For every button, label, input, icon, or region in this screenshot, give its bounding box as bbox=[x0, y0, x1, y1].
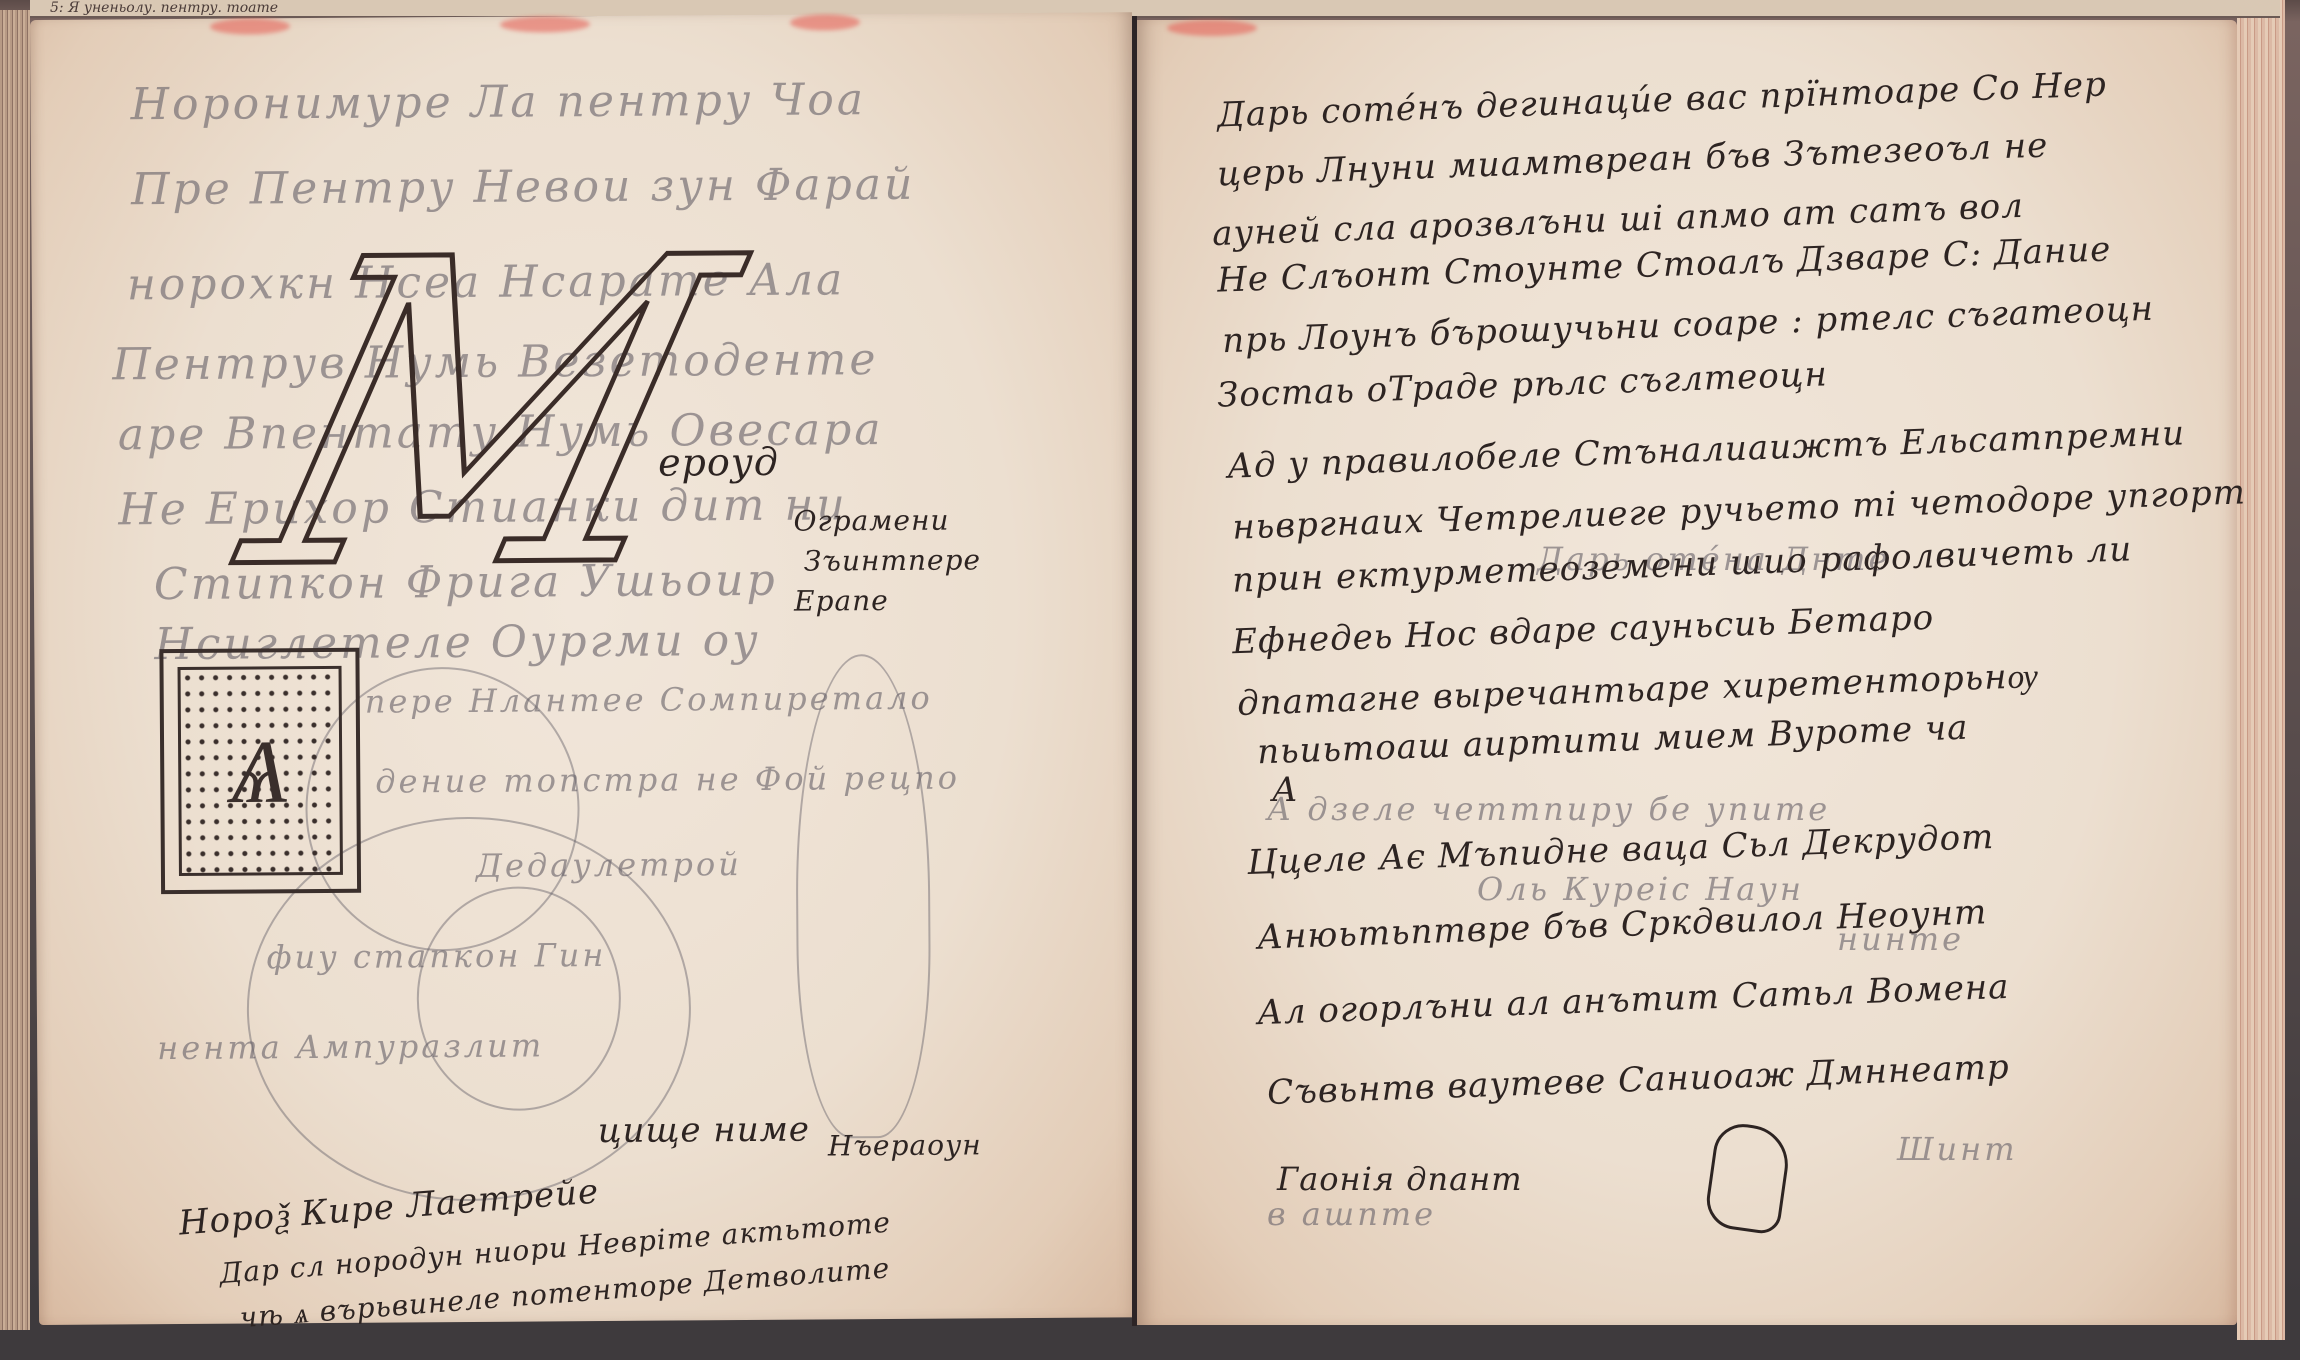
ink-line: прь Лоунъ бърошучьни соаре : ртелс съгат… bbox=[1222, 289, 2155, 362]
pencil-note: А дзеле четтпиру бе упите bbox=[1267, 790, 1830, 828]
left-page-edges bbox=[0, 10, 30, 1330]
top-page-strip: 5: Я уненьолу. пентру. тоате bbox=[30, 0, 2280, 18]
ink-line: Нъераоун bbox=[828, 1128, 982, 1162]
ink-line: церь Лнуни миамтвреан бъв Зътезеоъл не bbox=[1217, 126, 2049, 195]
right-page: Дарь оте́на Днте Оль Куреіс Наун А дзеле… bbox=[1137, 20, 2237, 1325]
red-stain bbox=[500, 16, 590, 33]
pencil-scribble bbox=[794, 654, 931, 1139]
ink-line: А bbox=[1272, 770, 1299, 810]
pencil-scribble bbox=[416, 886, 622, 1111]
initial-caption: ероуд bbox=[658, 440, 779, 485]
book-spread: 5: Я уненьолу. пентру. тоате Норонимуре … bbox=[0, 0, 2300, 1360]
right-page-edges bbox=[2237, 0, 2285, 1340]
ink-note: Зъинтпере bbox=[804, 543, 981, 577]
ink-line: Ал огорлъни ал анътит Сатьл Вомена bbox=[1257, 967, 2011, 1033]
ink-line: Съвьнтв ваутеве Саниоаж Дмннеатр bbox=[1267, 1047, 2011, 1113]
ink-line: Дарь соте́нъ дегинаци́е вас прїнтоаре Со… bbox=[1217, 64, 2108, 135]
ink-note: Ограмени bbox=[793, 504, 949, 538]
ink-line: Ад у правилобеле Стъналиаижтъ Ельсатпрем… bbox=[1227, 413, 2186, 486]
red-stain bbox=[790, 14, 860, 30]
signature: Гаонія дпант bbox=[1277, 1160, 1523, 1198]
left-page: Норонимуре Ла пентру Чоа Пре Пентру Нево… bbox=[30, 12, 1141, 1325]
pencil-note: Шинт bbox=[1897, 1130, 2018, 1168]
red-stain bbox=[210, 18, 290, 35]
ink-line: Ефнедеь Нос вдаре сауньсиь Бетаро bbox=[1232, 598, 1935, 662]
ink-line: цище ниме bbox=[598, 1110, 810, 1151]
pencil-note: в ашпте bbox=[1267, 1195, 1436, 1233]
red-stain bbox=[1167, 20, 1257, 36]
ink-line: Зостаь оТраде рѣлс съглтеоцн bbox=[1216, 354, 1828, 415]
ink-note: Ерапе bbox=[794, 584, 889, 618]
ornament-glyph: Ѧ bbox=[229, 718, 292, 823]
pencil-line: Норонимуре Ла пентру Чоа bbox=[130, 74, 866, 130]
ornamental-box-drawing: Ѧ bbox=[159, 648, 361, 894]
